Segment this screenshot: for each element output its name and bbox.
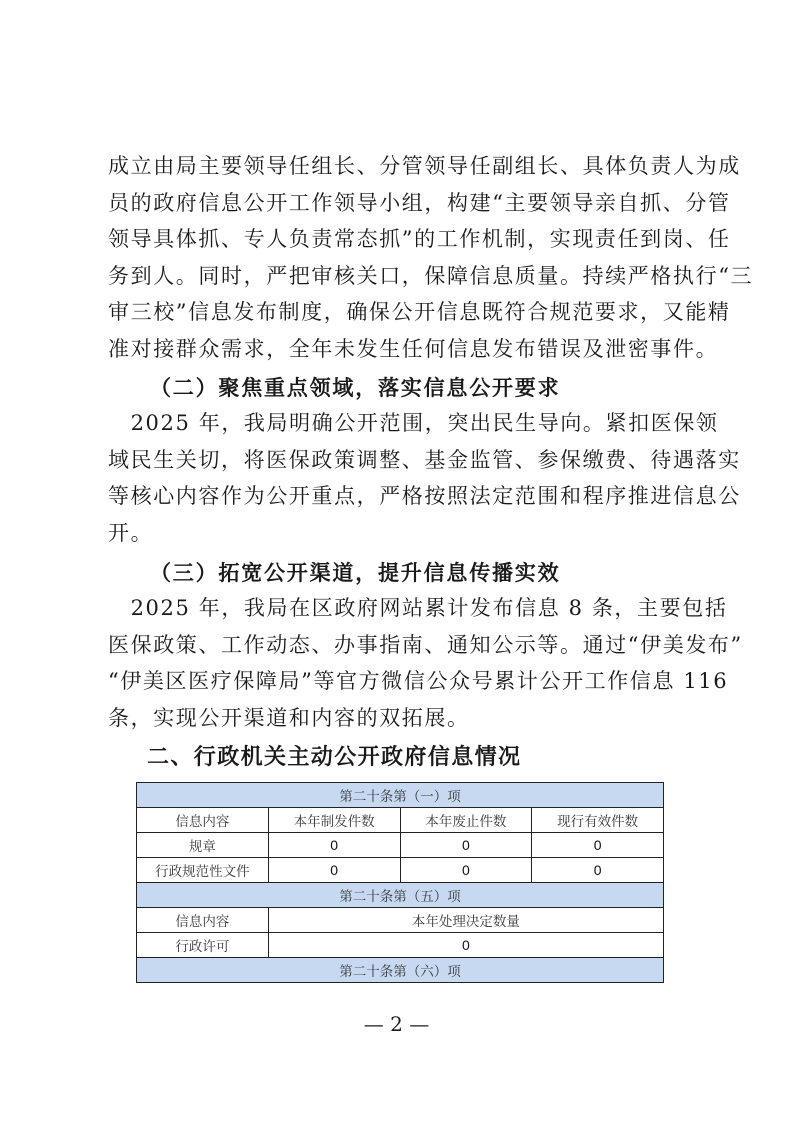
value-cell: 0 — [532, 833, 664, 858]
section-title-article20-item6: 第二十条第（六）项 — [137, 958, 664, 983]
table-header-row: 信息内容 本年制发件数 本年废止件数 现行有效件数 — [137, 808, 664, 833]
text-line: 2025 年，我局明确公开范围，突出民生导向。紧扣医保领 — [108, 405, 690, 442]
table-row: 行政规范性文件 0 0 0 — [137, 858, 664, 883]
table-header-row: 信息内容 本年处理决定数量 — [137, 908, 664, 933]
subheading-channels: （三）拓宽公开渠道，提升信息传播实效 — [150, 557, 560, 587]
text-line: 成立由局主要领导任组长、分管领导任副组长、具体负责人为成 — [108, 148, 690, 185]
table-section-row: 第二十条第（一）项 — [137, 783, 664, 808]
paragraph-leadership-group: 成立由局主要领导任组长、分管领导任副组长、具体负责人为成 员的政府信息公开工作领… — [108, 148, 690, 367]
subheading-key-areas: （二）聚焦重点领域，落实信息公开要求 — [150, 372, 560, 402]
section-heading-proactive-disclosure: 二、行政机关主动公开政府信息情况 — [147, 740, 521, 771]
table-row: 行政许可 0 — [137, 933, 664, 958]
text-line: 条，实现公开渠道和内容的双拓展。 — [108, 700, 690, 737]
header-cell: 本年废止件数 — [400, 808, 532, 833]
text-line: 领导具体抓、专人负责常态抓”的工作机制，实现责任到岗、任 — [108, 221, 690, 258]
header-cell: 信息内容 — [137, 808, 269, 833]
value-cell: 0 — [532, 858, 664, 883]
text-line: 员的政府信息公开工作领导小组，构建“主要领导亲自抓、分管 — [108, 185, 690, 222]
section-title-article20-item1: 第二十条第（一）项 — [137, 783, 664, 808]
paragraph-key-areas: 2025 年，我局明确公开范围，突出民生导向。紧扣医保领 域民生关切，将医保政策… — [108, 405, 690, 551]
proactive-disclosure-table: 第二十条第（一）项 信息内容 本年制发件数 本年废止件数 现行有效件数 规章 0… — [136, 782, 664, 983]
value-cell: 0 — [268, 833, 400, 858]
row-label: 规章 — [137, 833, 269, 858]
text-line: “伊美区医疗保障局”等官方微信公众号累计公开工作信息 116 — [108, 663, 690, 700]
row-label: 行政许可 — [137, 933, 269, 958]
section-title-article20-item5: 第二十条第（五）项 — [137, 883, 664, 908]
header-cell: 信息内容 — [137, 908, 269, 933]
table-section-row: 第二十条第（五）项 — [137, 883, 664, 908]
text-line: 准对接群众需求，全年未发生任何信息发布错误及泄密事件。 — [108, 331, 690, 368]
table-row: 规章 0 0 0 — [137, 833, 664, 858]
header-cell: 本年制发件数 — [268, 808, 400, 833]
page-number: — 2 — — [0, 1012, 793, 1036]
header-cell: 本年处理决定数量 — [268, 908, 663, 933]
text-line: 医保政策、工作动态、办事指南、通知公示等。通过“伊美发布” — [108, 627, 690, 664]
value-cell: 0 — [268, 858, 400, 883]
value-cell: 0 — [400, 858, 532, 883]
value-cell: 0 — [400, 833, 532, 858]
text-line: 开。 — [108, 515, 690, 552]
row-label: 行政规范性文件 — [137, 858, 269, 883]
text-line: 务到人。同时，严把审核关口，保障信息质量。持续严格执行“三 — [108, 258, 690, 295]
paragraph-channels: 2025 年，我局在区政府网站累计发布信息 8 条，主要包括 医保政策、工作动态… — [108, 590, 690, 736]
table-section-row: 第二十条第（六）项 — [137, 958, 664, 983]
text-line: 2025 年，我局在区政府网站累计发布信息 8 条，主要包括 — [108, 590, 690, 627]
text-line: 域民生关切，将医保政策调整、基金监管、参保缴费、待遇落实 — [108, 442, 690, 479]
text-line: 等核心内容作为公开重点，严格按照法定范围和程序推进信息公 — [108, 478, 690, 515]
header-cell: 现行有效件数 — [532, 808, 664, 833]
value-cell: 0 — [268, 933, 663, 958]
document-page: 成立由局主要领导任组长、分管领导任副组长、具体负责人为成 员的政府信息公开工作领… — [0, 0, 793, 1122]
text-line: 审三校”信息发布制度，确保公开信息既符合规范要求，又能精 — [108, 294, 690, 331]
